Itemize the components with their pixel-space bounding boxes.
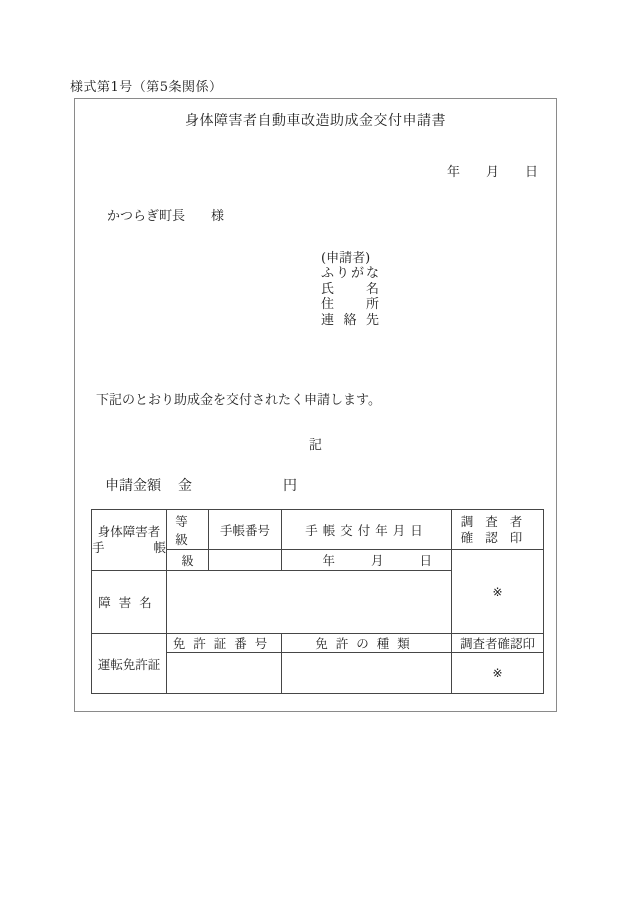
details-table: 身体障害者 手帳 等級 手帳番号 手帳交付年月日 調査者 確認印 級 年 月 [91,509,544,694]
examiner-stamp-field: ※ [452,550,544,634]
license-examiner-stamp-field: ※ [452,653,544,694]
addressee-line: かつらぎ町長 様 [107,205,224,224]
examiner-stamp-header: 調査者 確認印 [452,510,544,550]
issue-date-units: 年 月 日 [282,551,451,569]
issue-year-label: 年 [322,551,335,569]
applicant-block: (申請者) ふりがな 氏名 住所 連絡先 [321,251,379,328]
name-label: 氏名 [321,282,379,297]
furigana-label: ふりがな [321,266,379,281]
disability-name-field [167,571,452,634]
document-page: 様式第1号（第5条関係） 身体障害者自動車改造助成金交付申請書 年 月 日 かつ… [0,0,630,903]
amount-line: 申請金額金円 [105,475,297,495]
license-row-label: 運転免許証 [92,634,167,694]
license-examiner-mark: ※ [492,666,502,680]
honorific-label: 様 [211,205,224,224]
issue-date-field: 年 月 日 [282,550,452,571]
license-examiner-header: 調査者確認印 [452,634,544,653]
handbook-label-line1: 身体障害者 [92,524,166,540]
grade-unit-label: 級 [167,550,209,571]
addressee-name: かつらぎ町長 [107,205,185,224]
address-label: 住所 [321,297,379,312]
examiner-header-line2: 確認印 [452,530,543,546]
date-year-label: 年 [447,161,460,180]
examiner-header-line1: 調査者 [452,514,543,530]
issue-day-label: 日 [419,551,432,569]
request-sentence: 下記のとおり助成金を交付されたく申請します。 [96,389,381,408]
applicant-heading: (申請者) [321,251,370,266]
license-number-header: 免許証番号 [167,634,282,653]
form-title: 身体障害者自動車改造助成金交付申請書 [75,110,556,130]
handbook-label-line2: 手帳 [92,540,166,556]
handbook-row-label: 身体障害者 手帳 [92,510,167,571]
issue-month-label: 月 [371,551,384,569]
disability-row-label: 障害名 [92,571,167,634]
license-type-field [282,653,452,694]
contact-label: 連絡先 [321,313,379,328]
amount-label: 申請金額 [105,478,161,494]
issue-date-header: 手帳交付年月日 [282,510,452,550]
amount-prefix-kin: 金 [178,478,192,494]
license-type-header: 免許の種類 [282,634,452,653]
amount-suffix-yen: 円 [283,478,297,494]
section-marker-ki: 記 [75,434,556,453]
license-number-field [167,653,282,694]
handbook-number-field [209,550,282,571]
grade-header: 等級 [167,510,209,550]
examiner-mark: ※ [492,585,502,599]
date-day-label: 日 [525,161,538,180]
date-line: 年 月 日 [75,161,556,180]
handbook-number-header: 手帳番号 [209,510,282,550]
date-month-label: 月 [486,161,499,180]
form-number: 様式第1号（第5条関係） [70,76,223,95]
form-border-box: 身体障害者自動車改造助成金交付申請書 年 月 日 かつらぎ町長 様 (申請者) … [74,98,557,712]
